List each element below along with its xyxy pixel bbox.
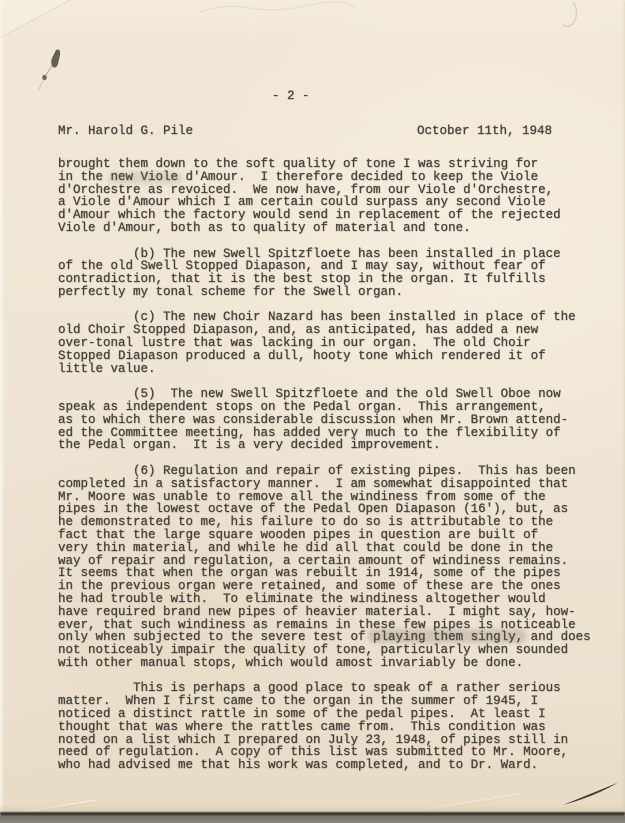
letter-paragraph: This is perhaps a good place to speak of… <box>58 682 610 772</box>
ink-smudge-mark <box>368 629 526 643</box>
letter-paragraph: (5) The new Swell Spitzfloete and the ol… <box>58 388 610 452</box>
scanner-bed-strip <box>0 816 625 823</box>
scanned-letter-page-2: - 2 - Mr. Harold G. Pile October 11th, 1… <box>0 0 625 823</box>
ink-smudge-mark-small <box>108 172 182 184</box>
letter-paragraph: brought them down to the soft quality of… <box>58 158 610 235</box>
letter-paragraph: (c) The new Choir Nazard has been instal… <box>58 311 610 375</box>
date-line: October 11th, 1948 <box>417 125 552 138</box>
recipient-name: Mr. Harold G. Pile <box>58 125 193 138</box>
letter-paragraph: (6) Regulation and repair of existing pi… <box>58 465 610 670</box>
paper-edge-shadow <box>0 804 625 812</box>
letter-paragraph: (b) The new Swell Spitzfloete has been i… <box>58 248 610 299</box>
page-number: - 2 - <box>272 90 310 103</box>
letter-body: brought them down to the soft quality of… <box>58 158 610 772</box>
